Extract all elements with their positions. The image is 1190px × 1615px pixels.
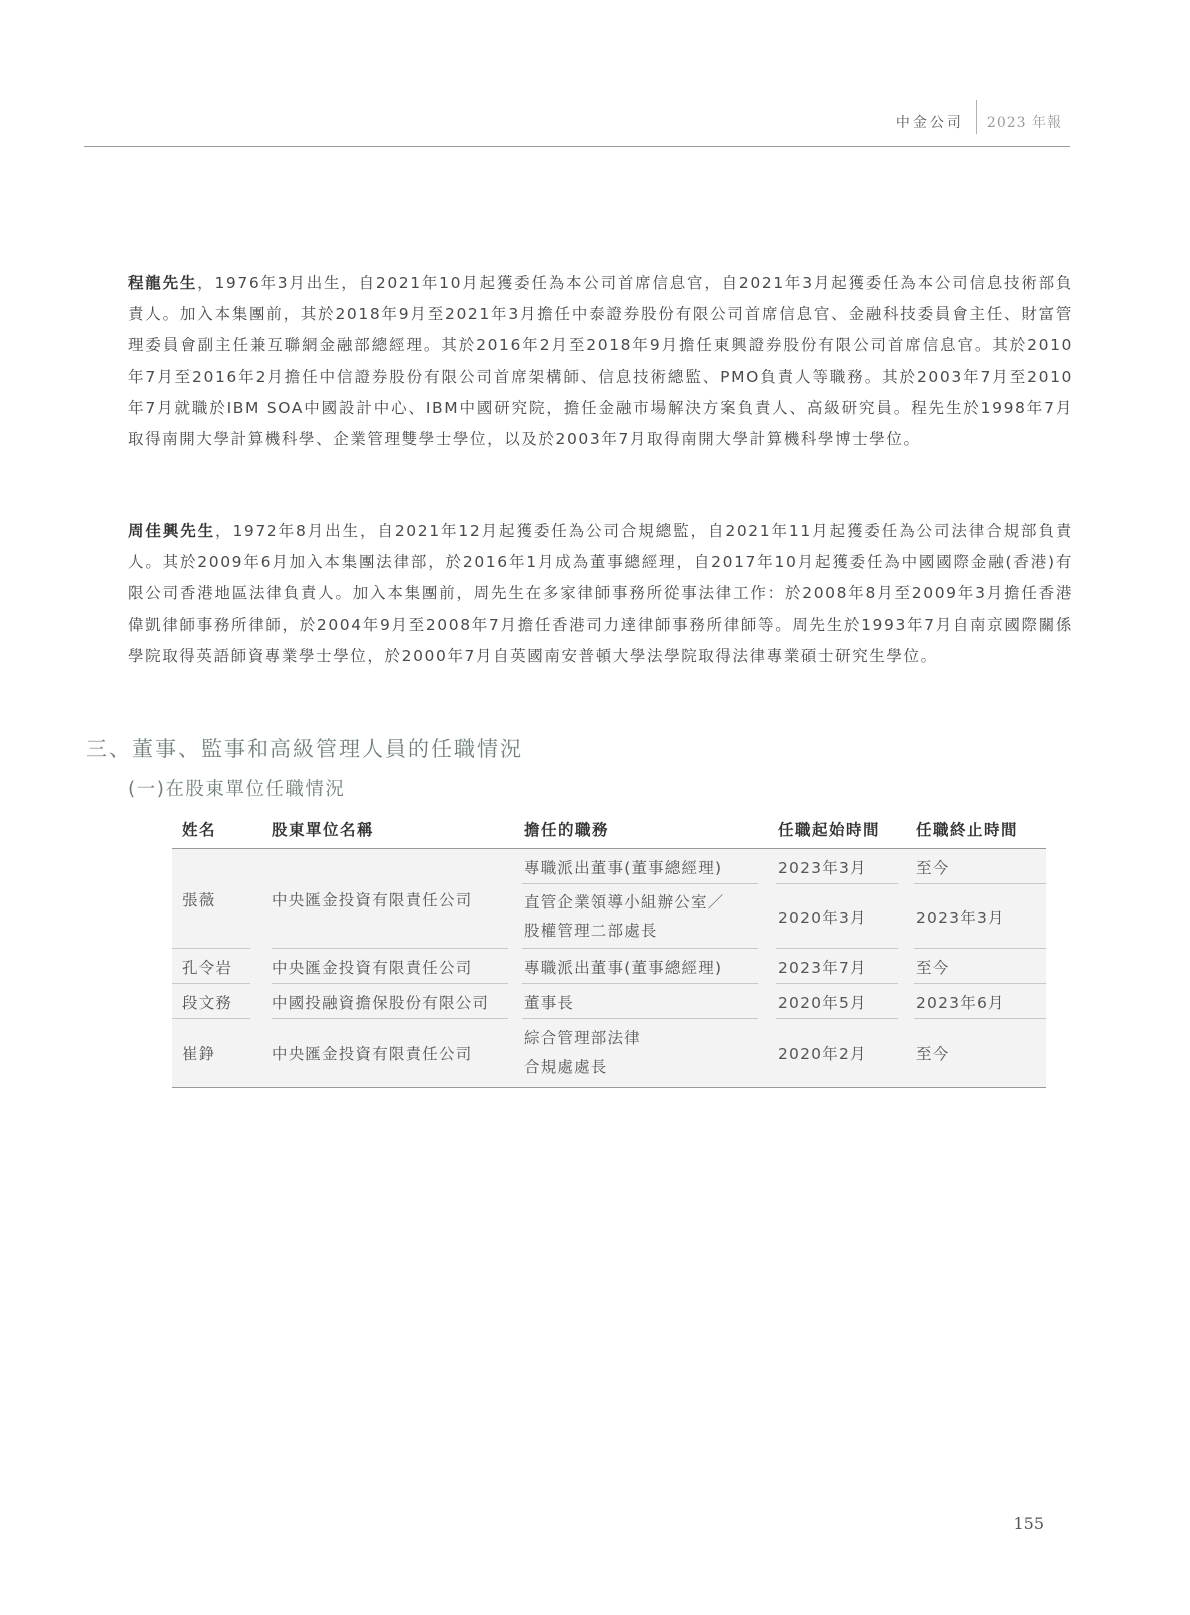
cell-start: 2020年2月 xyxy=(770,1019,908,1087)
table-row: 崔錚 中央匯金投資有限責任公司 綜合管理部法律 合規處處長 2020年2月 至今 xyxy=(172,1019,1046,1087)
cell-start: 2023年3月 xyxy=(770,849,908,884)
table-row: 張薇 中央匯金投資有限責任公司 專職派出董事(董事總經理) 2023年3月 至今… xyxy=(172,849,1046,949)
cell-role: 綜合管理部法律 合規處處長 xyxy=(522,1019,770,1087)
position-subrow: 直管企業領導小組辦公室／ 股權管理二部處長 2020年3月 2023年3月 xyxy=(522,884,1046,949)
role-line: 綜合管理部法律 xyxy=(524,1024,641,1053)
cell-end: 至今 xyxy=(908,1019,1046,1087)
bio-text: ，1972年8月出生，自2021年12月起獲委任為公司合規總監，自2021年11… xyxy=(128,522,1073,665)
cell-name: 崔錚 xyxy=(172,1019,262,1087)
cell-start: 2020年5月 xyxy=(770,984,908,1019)
cell-name: 段文務 xyxy=(172,984,262,1019)
cell-end: 2023年6月 xyxy=(908,984,1046,1019)
cell-end: 2023年3月 xyxy=(908,884,1046,949)
sub-section-title: (一)在股東單位任職情況 xyxy=(128,775,345,801)
cell-unit: 中國投融資擔保股份有限公司 xyxy=(262,984,522,1019)
cell-start: 2020年3月 xyxy=(770,884,908,949)
shareholder-positions-table: 姓名 股東單位名稱 擔任的職務 任職起始時間 任職終止時間 張薇 中央匯金投資有… xyxy=(172,810,1046,1088)
bio-text: ，1976年3月出生，自2021年10月起獲委任為本公司首席信息官，自2021年… xyxy=(128,274,1073,448)
company-name: 中金公司 xyxy=(896,112,976,132)
cell-role: 專職派出董事(董事總經理) xyxy=(522,849,770,884)
cell-start: 2023年7月 xyxy=(770,949,908,984)
bio-name: 周佳興先生 xyxy=(128,522,215,540)
column-header-unit: 股東單位名稱 xyxy=(262,818,522,840)
column-header-name: 姓名 xyxy=(172,818,262,840)
section-title: 三、董事、監事和高級管理人員的任職情況 xyxy=(86,733,523,763)
cell-role: 董事長 xyxy=(522,984,770,1019)
bio-paragraph-cheng-long: 程龍先生，1976年3月出生，自2021年10月起獲委任為本公司首席信息官，自2… xyxy=(128,268,1073,455)
cell-role: 直管企業領導小組辦公室／ 股權管理二部處長 xyxy=(522,884,770,949)
cell-end: 至今 xyxy=(908,949,1046,984)
table-header: 姓名 股東單位名稱 擔任的職務 任職起始時間 任職終止時間 xyxy=(172,810,1046,849)
position-subrow: 專職派出董事(董事總經理) 2023年3月 至今 xyxy=(522,849,1046,884)
cell-unit: 中央匯金投資有限責任公司 xyxy=(262,1019,522,1087)
role-line: 合規處處長 xyxy=(524,1053,641,1082)
page-header: 中金公司 2023 年報 xyxy=(84,96,1070,147)
cell-unit: 中央匯金投資有限責任公司 xyxy=(262,849,522,949)
bio-name: 程龍先生 xyxy=(128,274,197,292)
column-header-role: 擔任的職務 xyxy=(522,818,770,840)
cell-name: 張薇 xyxy=(172,849,262,949)
role-line: 直管企業領導小組辦公室／ xyxy=(524,888,724,917)
table-row: 段文務 中國投融資擔保股份有限公司 董事長 2020年5月 2023年6月 xyxy=(172,984,1046,1019)
column-header-start: 任職起始時間 xyxy=(770,818,908,840)
role-line: 股權管理二部處長 xyxy=(524,917,724,946)
cell-unit: 中央匯金投資有限責任公司 xyxy=(262,949,522,984)
bio-paragraph-zhou-jiaxing: 周佳興先生，1972年8月出生，自2021年12月起獲委任為公司合規總監，自20… xyxy=(128,516,1073,672)
cell-end: 至今 xyxy=(908,849,1046,884)
cell-name: 孔令岩 xyxy=(172,949,262,984)
position-group: 專職派出董事(董事總經理) 2023年3月 至今 直管企業領導小組辦公室／ 股權… xyxy=(522,849,1046,949)
table-body: 張薇 中央匯金投資有限責任公司 專職派出董事(董事總經理) 2023年3月 至今… xyxy=(172,849,1046,1088)
cell-role: 專職派出董事(董事總經理) xyxy=(522,949,770,984)
table-row: 孔令岩 中央匯金投資有限責任公司 專職派出董事(董事總經理) 2023年7月 至… xyxy=(172,949,1046,984)
report-title: 2023 年報 xyxy=(977,112,1062,132)
column-header-end: 任職終止時間 xyxy=(908,818,1046,840)
page-number: 155 xyxy=(1013,1514,1044,1533)
